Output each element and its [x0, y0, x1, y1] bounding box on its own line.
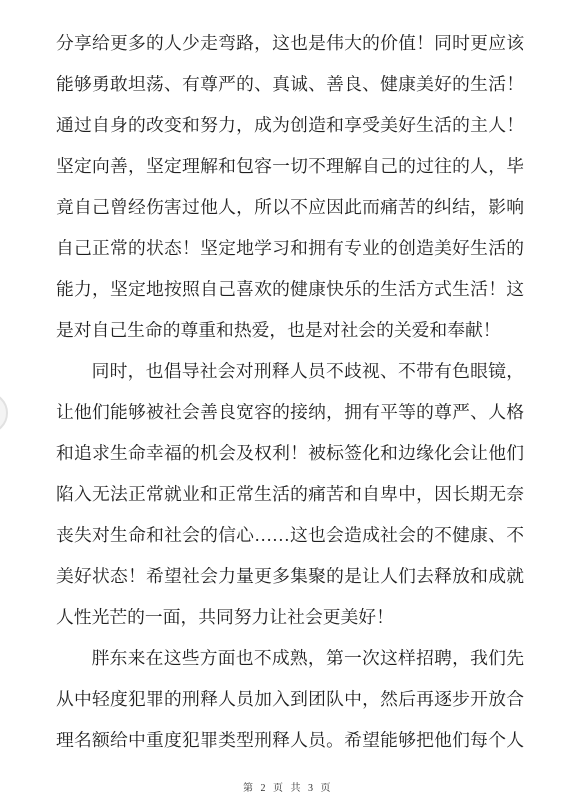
text-line: 理名额给中重度犯罪类型刑释人员。希望能够把他们每个人	[56, 720, 524, 761]
text-line: 让他们能够被社会善良宽容的接纳，拥有平等的尊严、人格	[56, 392, 524, 433]
text-line: 同时，也倡导社会对刑释人员不歧视、不带有色眼镜，	[56, 351, 524, 392]
text-line: 是对自己生命的尊重和热爱，也是对社会的关爱和奉献！	[56, 310, 524, 351]
paragraph: 胖东来在这些方面也不成熟，第一次这样招聘，我们先从中轻度犯罪的刑释人员加入到团队…	[56, 638, 524, 761]
text-line: 胖东来在这些方面也不成熟，第一次这样招聘，我们先	[56, 638, 524, 679]
document-body: 分享给更多的人少走弯路，这也是伟大的价值！同时更应该能够勇敢坦荡、有尊严的、真诚…	[56, 23, 524, 761]
text-line: 竟自己曾经伤害过他人，所以不应因此而痛苦的纠结，影响	[56, 187, 524, 228]
text-line: 和追求生命幸福的机会及权利！被标签化和边缘化会让他们	[56, 433, 524, 474]
text-line: 人性光芒的一面，共同努力让社会更美好！	[56, 597, 524, 638]
text-line: 从中轻度犯罪的刑释人员加入到团队中，然后再逐步开放合	[56, 679, 524, 720]
paragraph: 同时，也倡导社会对刑释人员不歧视、不带有色眼镜，让他们能够被社会善良宽容的接纳，…	[56, 351, 524, 638]
text-line: 丧失对生命和社会的信心……这也会造成社会的不健康、不	[56, 515, 524, 556]
text-line: 能够勇敢坦荡、有尊严的、真诚、善良、健康美好的生活！	[56, 64, 524, 105]
text-line: 分享给更多的人少走弯路，这也是伟大的价值！同时更应该	[56, 23, 524, 64]
text-line: 自己正常的状态！坚定地学习和拥有专业的创造美好生活的	[56, 228, 524, 269]
scan-smudge-artifact	[0, 392, 8, 434]
text-line: 美好状态！希望社会力量更多集聚的是让人们去释放和成就	[56, 556, 524, 597]
text-line: 陷入无法正常就业和正常生活的痛苦和自卑中，因长期无奈	[56, 474, 524, 515]
document-page: 分享给更多的人少走弯路，这也是伟大的价值！同时更应该能够勇敢坦荡、有尊严的、真诚…	[0, 0, 564, 807]
text-line: 通过自身的改变和努力，成为创造和享受美好生活的主人！	[56, 105, 524, 146]
text-line: 坚定向善，坚定理解和包容一切不理解自己的过往的人，毕	[56, 146, 524, 187]
paragraph: 分享给更多的人少走弯路，这也是伟大的价值！同时更应该能够勇敢坦荡、有尊严的、真诚…	[56, 23, 524, 351]
text-line: 能力，坚定地按照自己喜欢的健康快乐的生活方式生活！这	[56, 269, 524, 310]
page-number-footer: 第 2 页 共 3 页	[6, 779, 564, 794]
